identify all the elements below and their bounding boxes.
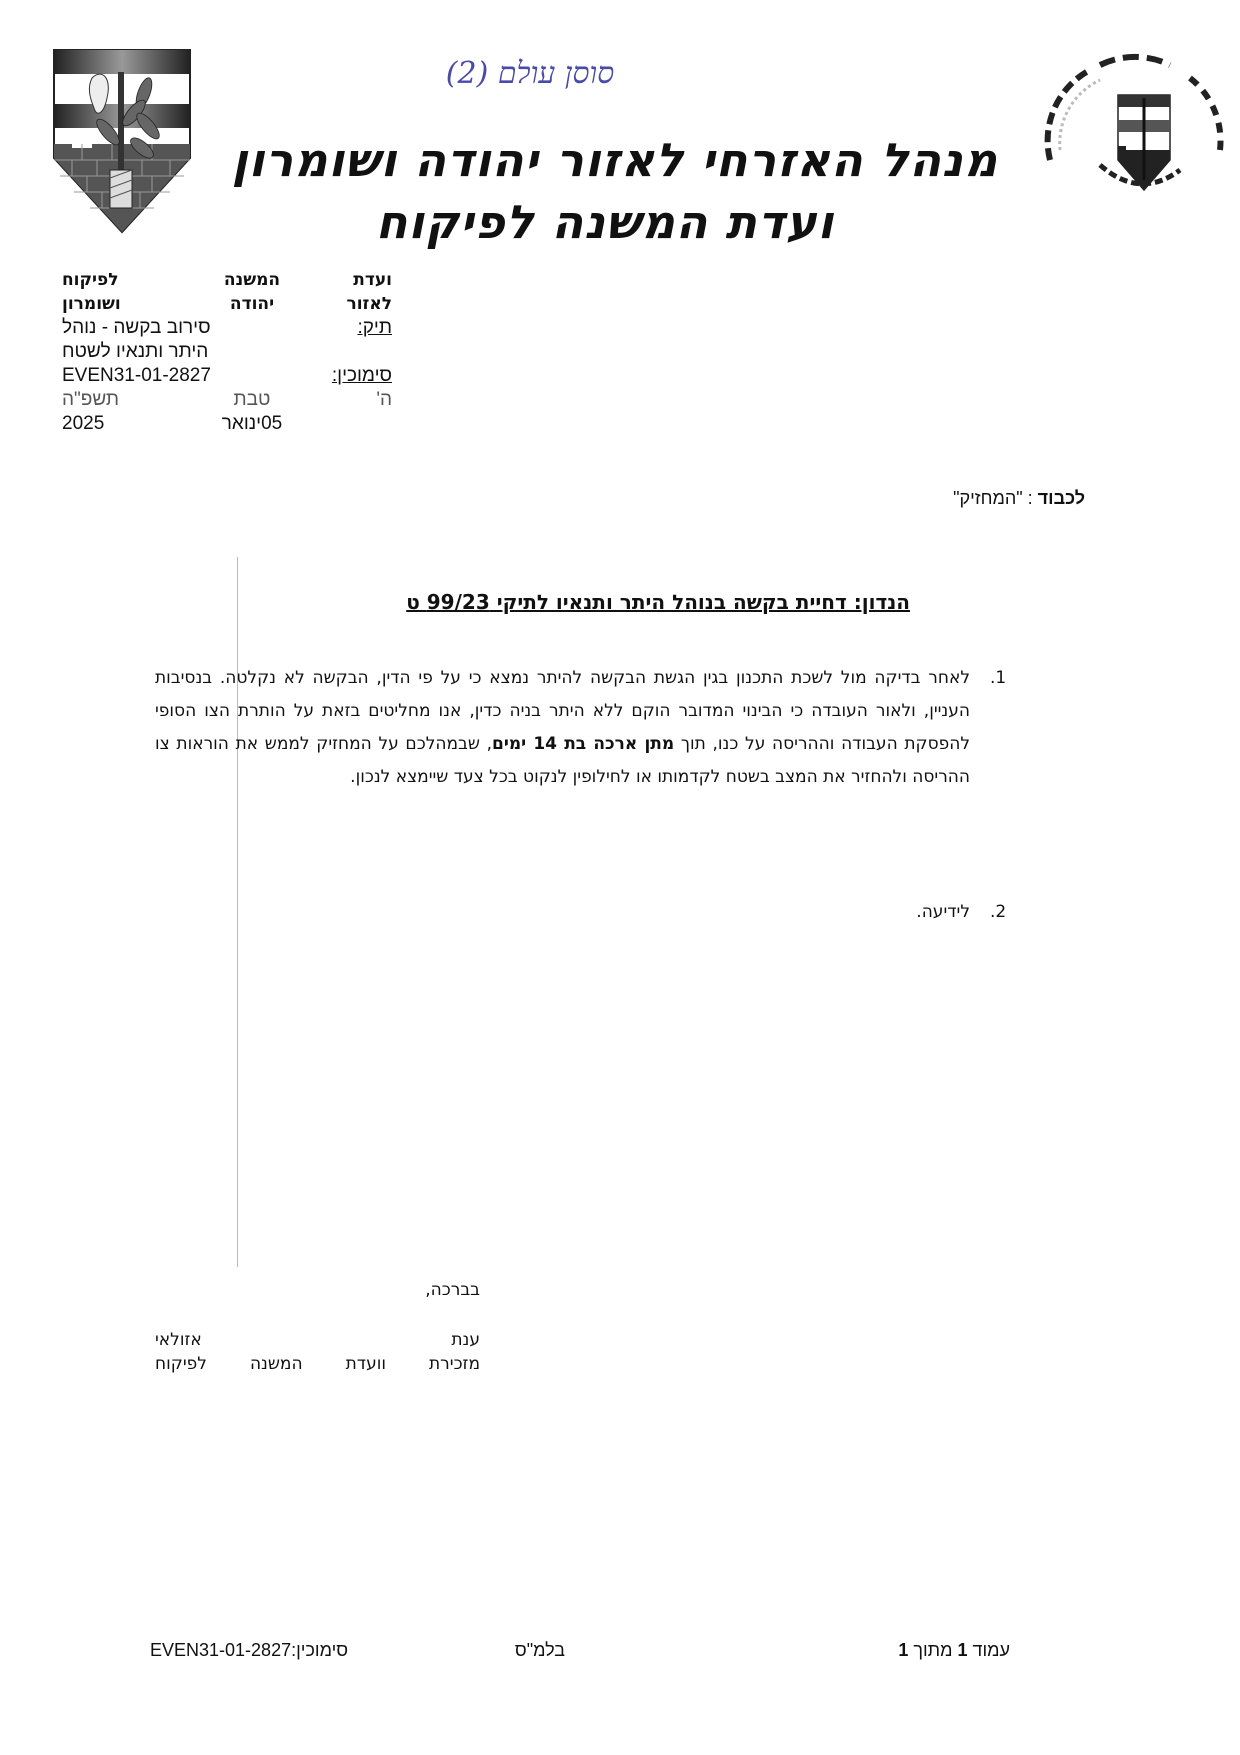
page-number: עמוד 1 מתוך 1 xyxy=(875,1640,1010,1661)
committee-name-line-1: ועדת המשנה לפיקוח xyxy=(62,268,392,292)
left-emblem-coat-of-arms xyxy=(52,48,192,234)
extension-period: מתן ארכה בת 14 ימים xyxy=(492,734,674,754)
file-value-2: היתר ותנאיו לשטח xyxy=(62,340,312,364)
file-label: תיק: xyxy=(312,316,392,340)
signatory-name: ענת אזולאי xyxy=(155,1330,480,1350)
reference-value: EVEN31-01-2827 xyxy=(62,364,312,388)
handwritten-note: סוסן עולם (2) xyxy=(410,52,650,96)
letterhead-subtitle: ועדת המשנה לפיקוח xyxy=(330,192,880,252)
addressee: לכבוד : "המחזיק" xyxy=(953,488,1085,509)
footer-reference: סימוכין:EVEN31-01-2827 xyxy=(150,1640,375,1661)
subject-line: הנדון: דחיית בקשה בנוהל היתר ותנאיו לתיק… xyxy=(320,590,910,614)
right-seal-stamp xyxy=(1030,50,1225,200)
reference-row: סימוכין: EVEN31-01-2827 xyxy=(62,364,392,388)
item-number-2: 2. xyxy=(990,896,1006,929)
file-value-1: סירוב בקשה - נוהל xyxy=(62,316,312,340)
file-row-2: היתר ותנאיו לשטח xyxy=(62,340,392,364)
signatory-role: מזכירת וועדת המשנה לפיקוח xyxy=(155,1354,480,1374)
classification-label: בלמ"ס xyxy=(505,1640,575,1661)
addressee-name: "המחזיק" xyxy=(953,488,1023,508)
item-number-1: 1. xyxy=(990,662,1006,695)
hebrew-date: ה' טבת תשפ"ה xyxy=(62,388,392,412)
reference-label: סימוכין: xyxy=(312,364,392,388)
committee-name-line-2: לאזור יהודה ושומרון xyxy=(62,292,392,316)
letterhead-title: מנהל האזרחי לאזור יהודה ושומרון xyxy=(215,130,1015,190)
coat-of-arms-icon xyxy=(52,48,192,234)
gregorian-date: 05ינואר 2025 xyxy=(62,412,392,436)
file-row: תיק: סירוב בקשה - נוהל xyxy=(62,316,392,340)
document-meta: ועדת המשנה לפיקוח לאזור יהודה ושומרון תי… xyxy=(62,268,392,436)
addressee-label: לכבוד xyxy=(1038,488,1085,508)
closing-greeting: בברכה, xyxy=(400,1280,480,1300)
body-paragraph-2: לידיעה. xyxy=(700,896,970,929)
body-paragraph-1: לאחר בדיקה מול לשכת התכנון בגין הגשת הבק… xyxy=(155,662,970,794)
seal-stamp-icon xyxy=(1030,50,1225,200)
